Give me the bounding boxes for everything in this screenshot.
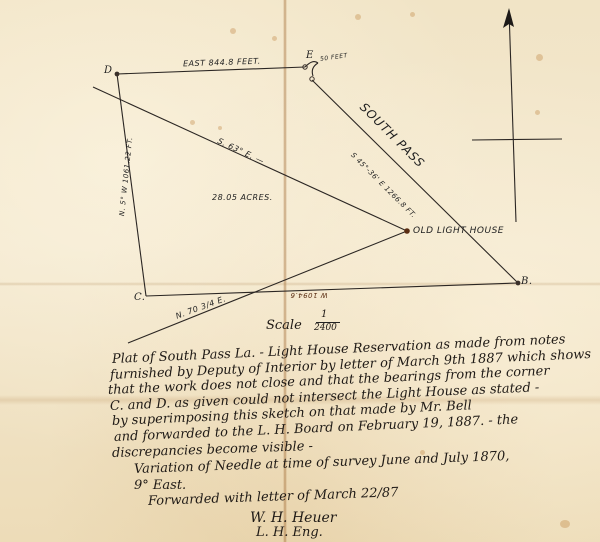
corner-D-marker xyxy=(115,72,120,77)
lighthouse-label: OLD LIGHT HOUSE xyxy=(413,226,504,236)
north-arrow-crossbar xyxy=(472,139,562,140)
point-label-C: C. xyxy=(134,292,145,303)
note-line-9: 9° East. xyxy=(134,478,186,493)
lighthouse-marker xyxy=(404,228,410,234)
north-arrow-head-icon xyxy=(503,8,514,28)
east-boundary-line xyxy=(312,80,518,283)
scale-numerator: 1 xyxy=(321,309,327,320)
point-label-B: B. xyxy=(521,276,533,287)
point-label-D: D xyxy=(104,65,113,76)
north-boundary-line xyxy=(117,67,305,74)
scale-label: Scale xyxy=(266,318,302,333)
south-line-label-inverted: W 1094.6 xyxy=(290,291,328,299)
signature-name: W. H. Heuer xyxy=(250,510,336,526)
south-boundary-line xyxy=(146,283,518,296)
corner-B-marker xyxy=(516,281,521,286)
point-label-E: E xyxy=(306,50,314,61)
signature-title: L. H. Eng. xyxy=(256,525,323,540)
offset-hook xyxy=(312,63,318,76)
survey-document: D E B. C. EAST 844.8 FEET. 50 FEET S 45°… xyxy=(0,0,600,542)
area-label: 28.05 ACRES. xyxy=(212,193,273,202)
scale-denominator: 2400 xyxy=(314,323,337,333)
north-arrow-shaft xyxy=(509,10,516,222)
